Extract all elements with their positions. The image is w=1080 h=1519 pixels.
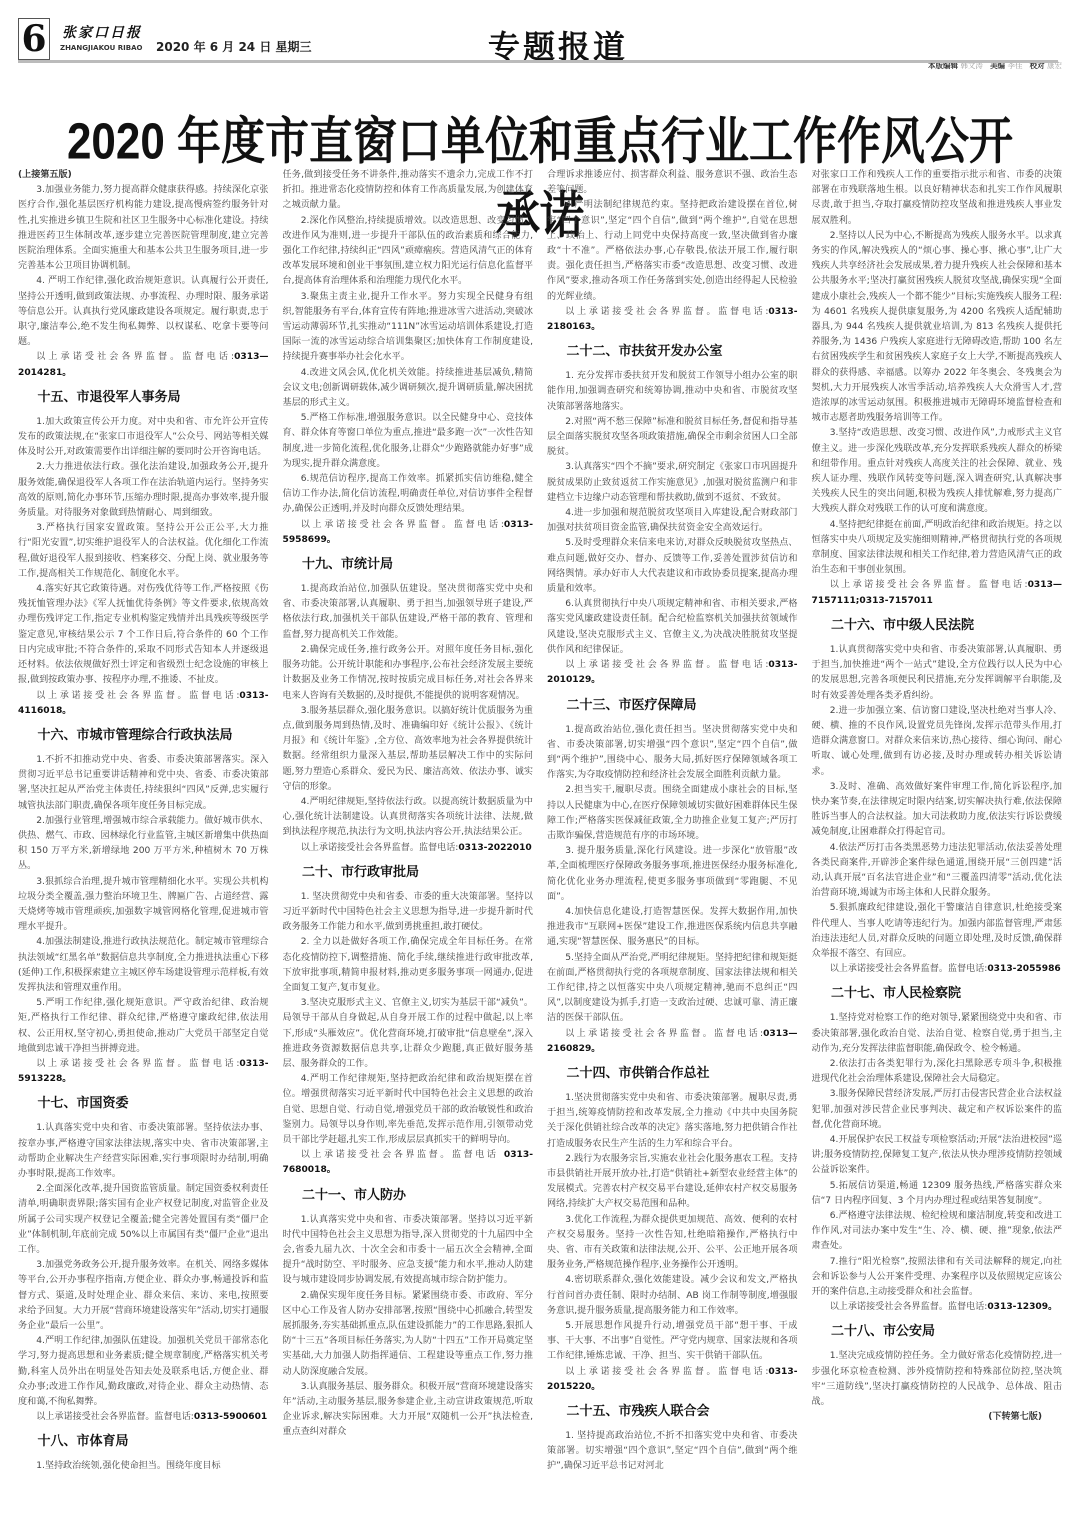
paragraph: 1.坚持党对检察工作的绝对领导,紧紧围绕党中央和省、市委决策部署,强化政治自觉、… [812,1011,1063,1057]
paragraph: 6.严格遵守法律法规、检纪检规和廉洁制度,转变和改进工作作风,对司法办案中发生“… [812,1209,1063,1255]
phone-label: 以上承诺受社会各界监督。监督电话: [36,352,234,362]
paragraph: 2.大力推进依法行政。强化法治建设,加强政务公开,提升服务效能,确保退役军人各项… [18,460,269,521]
paragraph: 1. 充分发挥市委扶贫开发和脱贫工作领导小组办公室的职能作用,加强调查研究和统筹… [547,369,798,415]
phone-label: 以上承诺接受社会各界监督。监督电话 [301,1150,504,1160]
paragraph: 5.严明工作纪律,强化规矩意识。严守政治纪律、政治规矩,严格执行工作纪律、群众纪… [18,996,269,1057]
phone-label: 以上承诺接受社会各界监督。监督电话: [36,691,239,701]
paragraph: 2.全面深化改革,提升国资监管质量。制定国资委权利责任清单,明确职责界限;落实国… [18,1182,269,1258]
phone-label: 以上承诺接受社会各界监督。监督电话: [565,660,768,670]
paragraph: 4.严明纪律规矩,坚持依法行政。以提高统计数据质量为中心,强化统计法制建设。认真… [283,795,534,841]
paragraph: 2.加强行业管理,增强城市综合承载能力。做好城市供水、供热、燃气、市政、园林绿化… [18,814,269,875]
column-4: 对张家口工作和残疾人工作的重要指示批示和省、市委的决策部署在市残联落地生根。以良… [812,168,1063,1508]
paragraph: 5.严格工作标准,增强服务意识。以全民健身中心、竞技体育、群众体育等窗口单位为重… [283,411,534,472]
paragraph: 2.确保实现年度任务目标。紧紧围绕市委、市政府、军分区中心工作及省人防办安排部署… [283,1289,534,1380]
phone-label: 以上承诺接受社会各界监督。监督电话: [301,520,504,530]
paragraph: 3.认真落实“四个不摘”要求,研究制定《张家口市巩固提升脱贫成果防止致贫返贫工作… [547,460,798,506]
paragraph: 2.践行为农服务宗旨,实施农业社会化服务惠农工程。支持市县供销社开展开放办社,打… [547,1152,798,1213]
paragraph: 4.进一步加强和规范脱贫攻坚项目入库建设,配合财政部门加强对扶贫项目资金监管,确… [547,506,798,536]
paragraph: 1.认真贯彻落实党中央和省、市委决策部署,认真履职、勇于担当,加快推进“两个一站… [812,643,1063,704]
column-1: (上接第五版) 3.加强业务能力,努力提高群众健康获得感。持续深化京张医疗合作,… [18,168,269,1508]
paragraph: 4. 严明工作纪律,强化政治规矩意识。认真履行公开责任,坚持公开透明,做到政策法… [18,274,269,350]
section-heading: 二十三、市医疗保障局 [547,697,798,715]
paragraph: 3.服务保障民营经济发展,严厉打击侵害民营企业合法权益犯罪,加强对涉民营企业民事… [812,1087,1063,1133]
paragraph: 3.优化工作流程,为群众提供更加规范、高效、便利的农村产权交易服务。坚持一次性告… [547,1213,798,1274]
section-heading: 二十一、市人防办 [283,1187,534,1205]
paragraph: 4.落实好其它政策待遇。对伤残优待等工作,严格按照《伤残抚恤管理办法》《军人抚恤… [18,582,269,688]
section-heading: 二十五、市残疾人联合会 [547,1403,798,1421]
paragraph: 2.深化作风整治,持续提质增效。以改造思想、改变习惯、改进作风为准则,进一步提升… [283,214,534,290]
paragraph: 4.密切联系群众,强化效能建设。减少会议和发文,严格执行首问首办责任制、限时办结… [547,1273,798,1319]
phone-label: 以上承诺接受社会各界监督。监督电话: [565,1029,763,1039]
paragraph: 2.坚持以人民为中心,不断提高为残疾人服务水平。以求真务实的作风,解决残疾人的“… [812,229,1063,427]
continued-from-note: (上接第五版) [18,168,269,183]
paragraph: 3.坚决克服形式主义、官僚主义,切实为基层干部“减负”。局领导干部从自身做起,从… [283,996,534,1072]
phone-number: 0313-12309。 [987,1302,1057,1312]
paragraph: 2.依法打击各类犯罪行为,深化扫黑除恶专项斗争,积极推进现代化社会治理体系建设,… [812,1057,1063,1087]
paragraph: 4.严明工作纪律规矩,坚持把政治纪律和政治规矩摆在首位。增强贯彻落实习近平新时代… [283,1072,534,1148]
paragraph: 5.狠抓廉政纪律建设,强化干警廉洁自律意识,杜绝接受案件代理人、当事人吃请等违纪… [812,901,1063,962]
continued-paragraph: 合理诉求推诿应付、损害群众利益、服务意识不强、政治生态差等问题。 [547,168,798,198]
section-heading: 十七、市国资委 [18,1095,269,1113]
paragraph: 3.坚持“改造思想、改变习惯、改进作风”,力戒形式主义官僚主义。进一步深化残联改… [812,426,1063,517]
paragraph: 2.确保完成任务,推行政务公开。对照年度任务目标,强化服务功能。公开统计职能和办… [283,643,534,704]
paragraph: 3.及时、准确、高效做好案件审理工作,简化诉讼程序,加快办案节奏,在法律规定时限… [812,780,1063,841]
paper-name-logo: 张家口日报 [62,22,142,42]
phone-label: 以上承诺接受社会各界监督。监督电话: [830,580,1028,590]
paragraph: 4.坚持把纪律挺在前面,严明政治纪律和政治规矩。持之以恒落实中央八项规定及实施细… [812,518,1063,579]
page-number: 6 [18,18,50,60]
section-heading: 二十、市行政审批局 [283,864,534,882]
paragraph: 5.及时受理群众来信来电来访,对群众反映脱贫攻坚热点、难点问题,做好交办、督办、… [547,536,798,597]
paper-pinyin: ZHANGJIAKOU RIBAO [60,44,142,52]
paragraph: 5.坚持全面从严治党,严明纪律规矩。坚持把纪律和规矩挺在前面,严格贯彻执行党的各… [547,951,798,1027]
paragraph: 4.依法严厉打击各类黑恶势力违法犯罪活动,依法妥善处理各类民商案件,开辟涉企案件… [812,841,1063,902]
phone-number: 0313-2022010 [458,843,531,853]
masthead-rule [18,60,1058,63]
paragraph: 2.对照“两不愁三保障”标准和脱贫目标任务,督促和指导基层全面落实脱贫攻坚各项政… [547,415,798,461]
paragraph: 4.改进文风会风,优化机关效能。持续推进基层减负,精简会议文电;创新调研载体,减… [283,366,534,412]
section-heading: 十八、市体育局 [18,1433,269,1451]
continued-paragraph: 任务,做到接受任务不讲条件,推动落实不遗余力,完成工作不打折扣。推进常态化疫情防… [283,168,534,214]
section-heading: 十九、市统计局 [283,556,534,574]
paragraph: 1.加大政策宣传公开力度。对中央和省、市允许公开宣传发布的政策法规,在“张家口市… [18,415,269,461]
phone-label: 以上承诺接受社会各界监督。监督电话: [830,1302,988,1312]
supervision-phone-line: 以上承诺受社会各界监督。监督电话:0313—2014281。 [18,350,269,380]
column-2: 任务,做到接受任务不讲条件,推动落实不遗余力,完成工作不打折扣。推进常态化疫情防… [283,168,534,1508]
paragraph: 7.推行“阳光检察”,按照法律和有关司法解释的规定,向社会和诉讼参与人公开案件受… [812,1255,1063,1301]
phone-label: 以上承诺接受社会各界监督。监督电话: [565,1367,768,1377]
paragraph: 3. 提升服务质量,深化行风建设。进一步深化“放管服”改革,全面梳理医疗保障政务… [547,844,798,905]
paragraph: 4.严明法制纪律规范约束。坚持把政治建设摆在首位,树牢“四个意识”,坚定“四个自… [547,198,798,304]
paragraph: 3.认真服务基层、服务群众。积极开展“营商环境建设落实年”活动,主动服务基层,服… [283,1380,534,1441]
paragraph: 1.坚决贯彻落实党中央和省、市委决策部署。履职尽责,勇于担当,统筹疫情防控和改革… [547,1091,798,1152]
paragraph: 3.加强党务政务公开,提升服务效率。在机关、网络多媒体等平台,公开办事程序指南,… [18,1258,269,1334]
supervision-phone-line: 以上承诺接受社会各界监督。监督电话:0313-5913228。 [18,1057,269,1087]
paragraph: 3.加强业务能力,努力提高群众健康获得感。持续深化京张医疗合作,强化基层医疗机构… [18,183,269,274]
paragraph: 2.担当实干,履职尽责。围绕全面建成小康社会的目标,坚持以人民健康为中心,在医疗… [547,783,798,844]
section-heading: 二十二、市扶贫开发办公室 [547,343,798,361]
paragraph: 4.加强法制建设,推进行政执法规范化。制定城市管理综合执法领域“红黑名单”数据信… [18,935,269,996]
supervision-phone-line: 以上承诺接受社会各界监督。监督电话:0313-4116018。 [18,689,269,719]
paragraph: 3.严格执行国家安置政策。坚持公开公正公平,大力推行“阳光安置”,切实维护退役军… [18,521,269,582]
paragraph: 6.规范信访程序,提高工作效率。抓紧抓实信访维稳,健全信访工作办法,简化信访流程… [283,472,534,518]
section-heading: 二十四、市供销合作总社 [547,1065,798,1083]
paragraph: 3.狠抓综合治理,提升城市管理精细化水平。实现公共机构垃圾分类全覆盖,强力整治环… [18,875,269,936]
paragraph: 5.开展思想作风提升行动,增强党员干部“想干事、干成事、干大事、不出事”自觉性。… [547,1319,798,1365]
paragraph: 3.聚焦主责主业,提升工作水平。努力实现全民健身有组织,智能服务有平台,体育宣传… [283,290,534,366]
section-heading: 二十七、市人民检察院 [812,985,1063,1003]
paragraph: 1.坚决完成疫情防控任务。全力做好常态化疫情防控,进一步强化环京检查检测、涉外疫… [812,1349,1063,1410]
column-3: 合理诉求推诿应付、损害群众利益、服务意识不强、政治生态差等问题。4.严明法制纪律… [547,168,798,1508]
paragraph: 6.认真贯彻执行中央八项规定精神和省、市相关要求,严格落实党风廉政建设责任制。配… [547,597,798,658]
supervision-phone-line: 以上承诺接受社会各界监督。监督电话:0313-2022010 [283,841,534,856]
continued-to-note: (下转第七版) [812,1410,1063,1425]
paragraph: 1.提高政治站位,加强队伍建设。坚决贯彻落实党中央和省、市委决策部署,认真履职、… [283,582,534,643]
phone-label: 以上承诺接受社会各界监督。监督电话: [36,1412,194,1422]
phone-label: 以上承诺接受社会各界监督。监督电话: [830,964,988,974]
phone-label: 以上承诺接受社会各界监督。监督电话: [565,307,768,317]
section-heading: 十六、市城市管理综合行政执法局 [18,727,269,745]
paragraph: 2.进一步加强立案、信访窗口建设,坚决杜绝对当事人冷、硬、横、推的不良作风,设置… [812,704,1063,780]
paragraph: 2. 全力以赴做好各项工作,确保完成全年目标任务。在常态化疫情防控下,调整措施、… [283,935,534,996]
paragraph: 4.开展保护农民工权益专项检察活动;开展“法治进校园”巡讲;服务疫情防控,保障复… [812,1133,1063,1179]
paragraph: 1. 坚决贯彻党中央和省委、市委的重大决策部署。坚持以习近平新时代中国特色社会主… [283,890,534,936]
paragraph: 1. 坚持提高政治站位,不折不扣落实党中央和省、市委决策部署。切实增强“四个意识… [547,1429,798,1475]
masthead: 6 张家口日报 ZHANGJIAKOU RIBAO 2020 年 6 月 24 … [18,18,1018,62]
paragraph: 3.服务基层群众,强化服务意识。以搞好统计优质服务为重点,做到服务周到热情,及时… [283,704,534,795]
supervision-phone-line: 以上承诺接受社会各界监督。监督电话:0313-2180163。 [547,305,798,335]
paragraph: 1.认真落实党中央和省、市委决策部署。坚持依法办事、按章办事,严格遵守国家法律法… [18,1121,269,1182]
phone-label: 以上承诺接受社会各界监督。监督电话: [301,843,459,853]
supervision-phone-line: 以上承诺接受社会各界监督。监督电话:0313-2055986 [812,962,1063,977]
paragraph: 5.拓展信访渠道,畅通 12309 服务热线,严格落实群众来信“7 日内程序回复… [812,1179,1063,1209]
supervision-phone-line: 以上承诺接受社会各界监督。监督电话:0313-2015220。 [547,1365,798,1395]
paragraph: 1.坚持政治统领,强化使命担当。围绕年度目标 [18,1459,269,1474]
supervision-phone-line: 以上承诺接受社会各界监督。监督电话:0313-2010129。 [547,658,798,688]
supervision-phone-line: 以上承诺接受社会各界监督。监督电话 0313-7680018。 [283,1148,534,1178]
supervision-phone-line: 以上承诺接受社会各界监督。监督电话:0313-5958699。 [283,518,534,548]
supervision-phone-line: 以上承诺接受社会各界监督。监督电话:0313-5900601 [18,1410,269,1425]
paragraph: 4.严明工作纪律,加强队伍建设。加强机关党员干部常态化学习,努力提高思想和业务素… [18,1334,269,1410]
paragraph: 1.认真落实党中央和省、市委决策部署。坚持以习近平新时代中国特色社会主义思想为指… [283,1213,534,1289]
article-columns: (上接第五版) 3.加强业务能力,努力提高群众健康获得感。持续深化京张医疗合作,… [18,168,1062,1508]
supervision-phone-line: 以上承诺接受社会各界监督。监督电话:0313—7157111;0313-7157… [812,578,1063,608]
paragraph: 1.不折不扣推动党中央、省委、市委决策部署落实。深入贯彻习近平总书记重要讲话精神… [18,753,269,814]
continued-paragraph: 对张家口工作和残疾人工作的重要指示批示和省、市委的决策部署在市残联落地生根。以良… [812,168,1063,229]
section-heading: 二十八、市公安局 [812,1323,1063,1341]
supervision-phone-line: 以上承诺接受社会各界监督。监督电话:0313-12309。 [812,1300,1063,1315]
section-heading: 二十六、市中级人民法院 [812,617,1063,635]
issue-date: 2020 年 6 月 24 日 星期三 [156,38,312,55]
phone-number: 0313-2055986 [987,964,1060,974]
paragraph: 1.提高政治站位,强化责任担当。坚决贯彻落实党中央和省、市委决策部署,切实增强“… [547,723,798,784]
phone-label: 以上承诺接受社会各界监督。监督电话: [36,1059,239,1069]
paragraph: 4.加快信息化建设,打造智慧医保。发挥大数据作用,加快推进我市“互联网+医保”建… [547,905,798,951]
section-heading: 十五、市退役军人事务局 [18,389,269,407]
supervision-phone-line: 以上承诺接受社会各界监督。监督电话:0313—2160829。 [547,1027,798,1057]
phone-number: 0313-5900601 [194,1412,267,1422]
